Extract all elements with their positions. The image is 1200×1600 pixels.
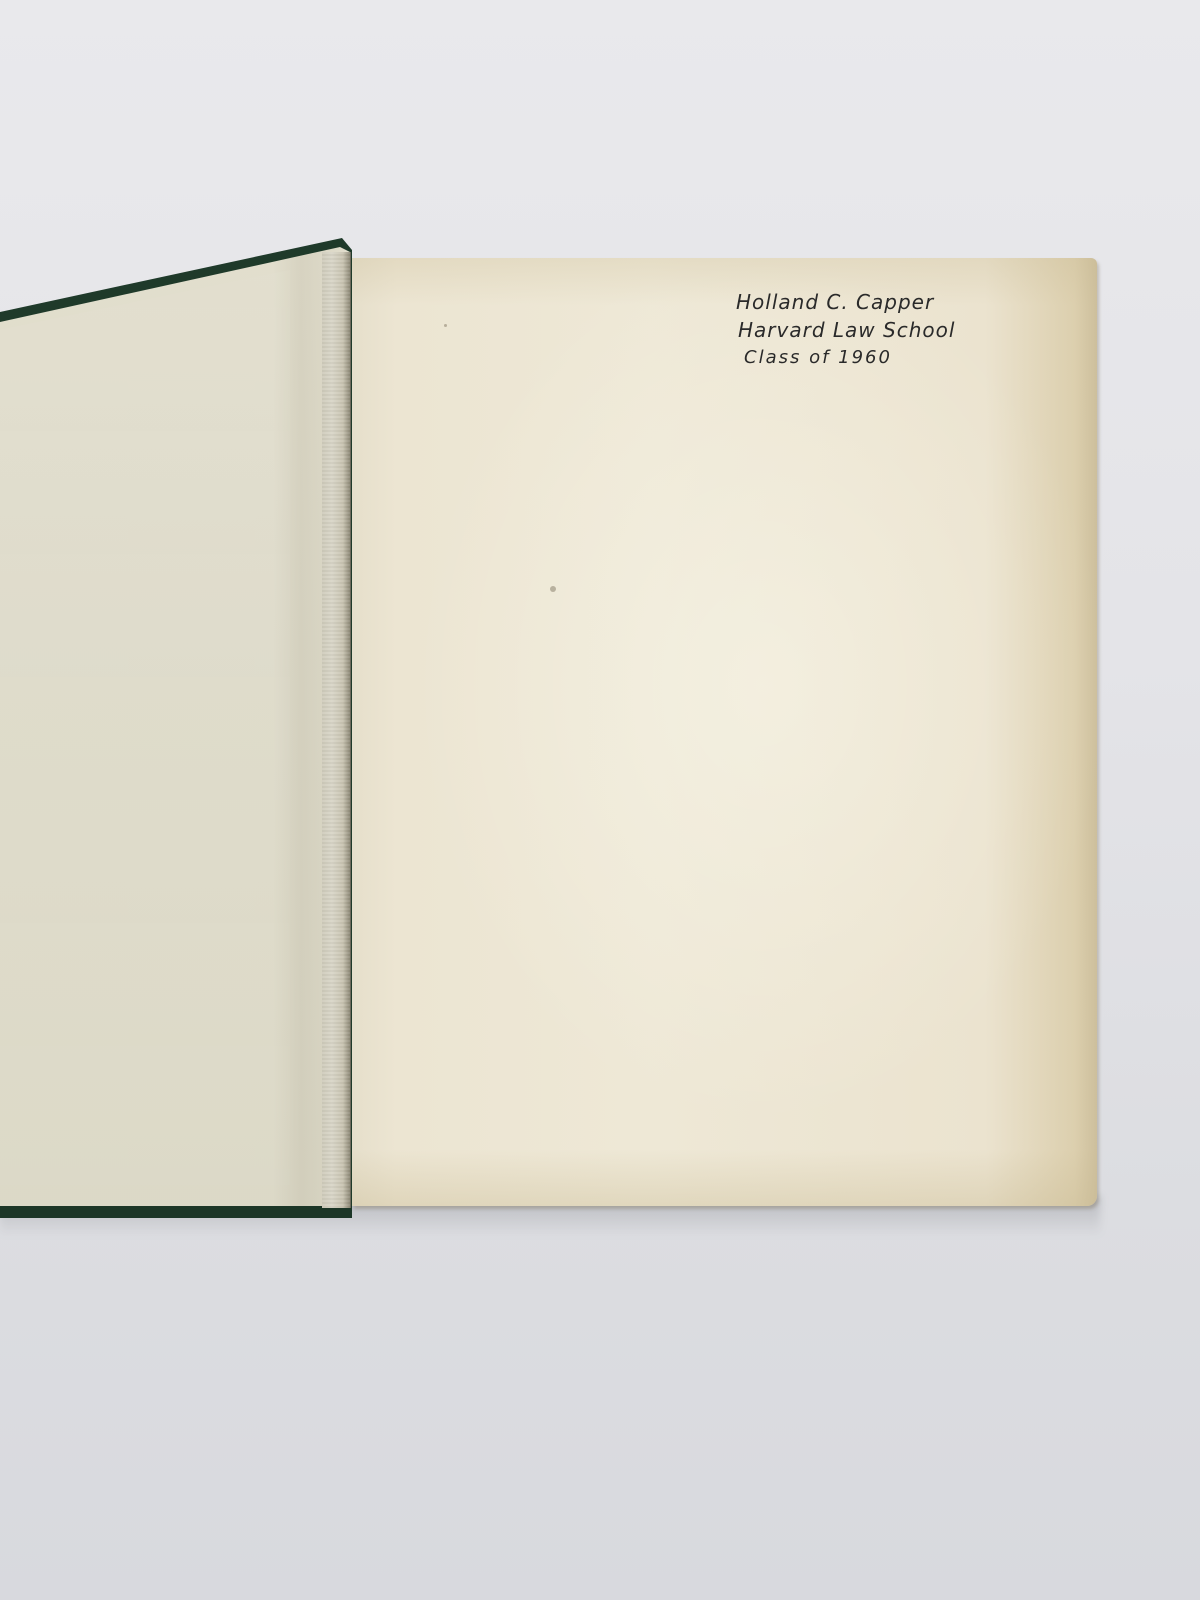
pastedown-inner-panel: [0, 0, 301, 1600]
handwritten-inscription: Holland C. Capper Harvard Law School Cla…: [736, 288, 955, 372]
flyleaf-page: Holland C. Capper Harvard Law School Cla…: [352, 258, 1097, 1206]
inscription-name: Holland C. Capper: [736, 288, 955, 316]
page-foxing-spot: [550, 586, 556, 592]
page-foxing-spot: [444, 324, 447, 327]
photo-scene: Holland C. Capper Harvard Law School Cla…: [0, 0, 1200, 1600]
inscription-school: Harvard Law School: [738, 316, 955, 344]
cover-bottom-edge: [0, 1206, 352, 1218]
inscription-class-year: Class of 1960: [744, 344, 955, 372]
book-hinge: [322, 252, 351, 1208]
